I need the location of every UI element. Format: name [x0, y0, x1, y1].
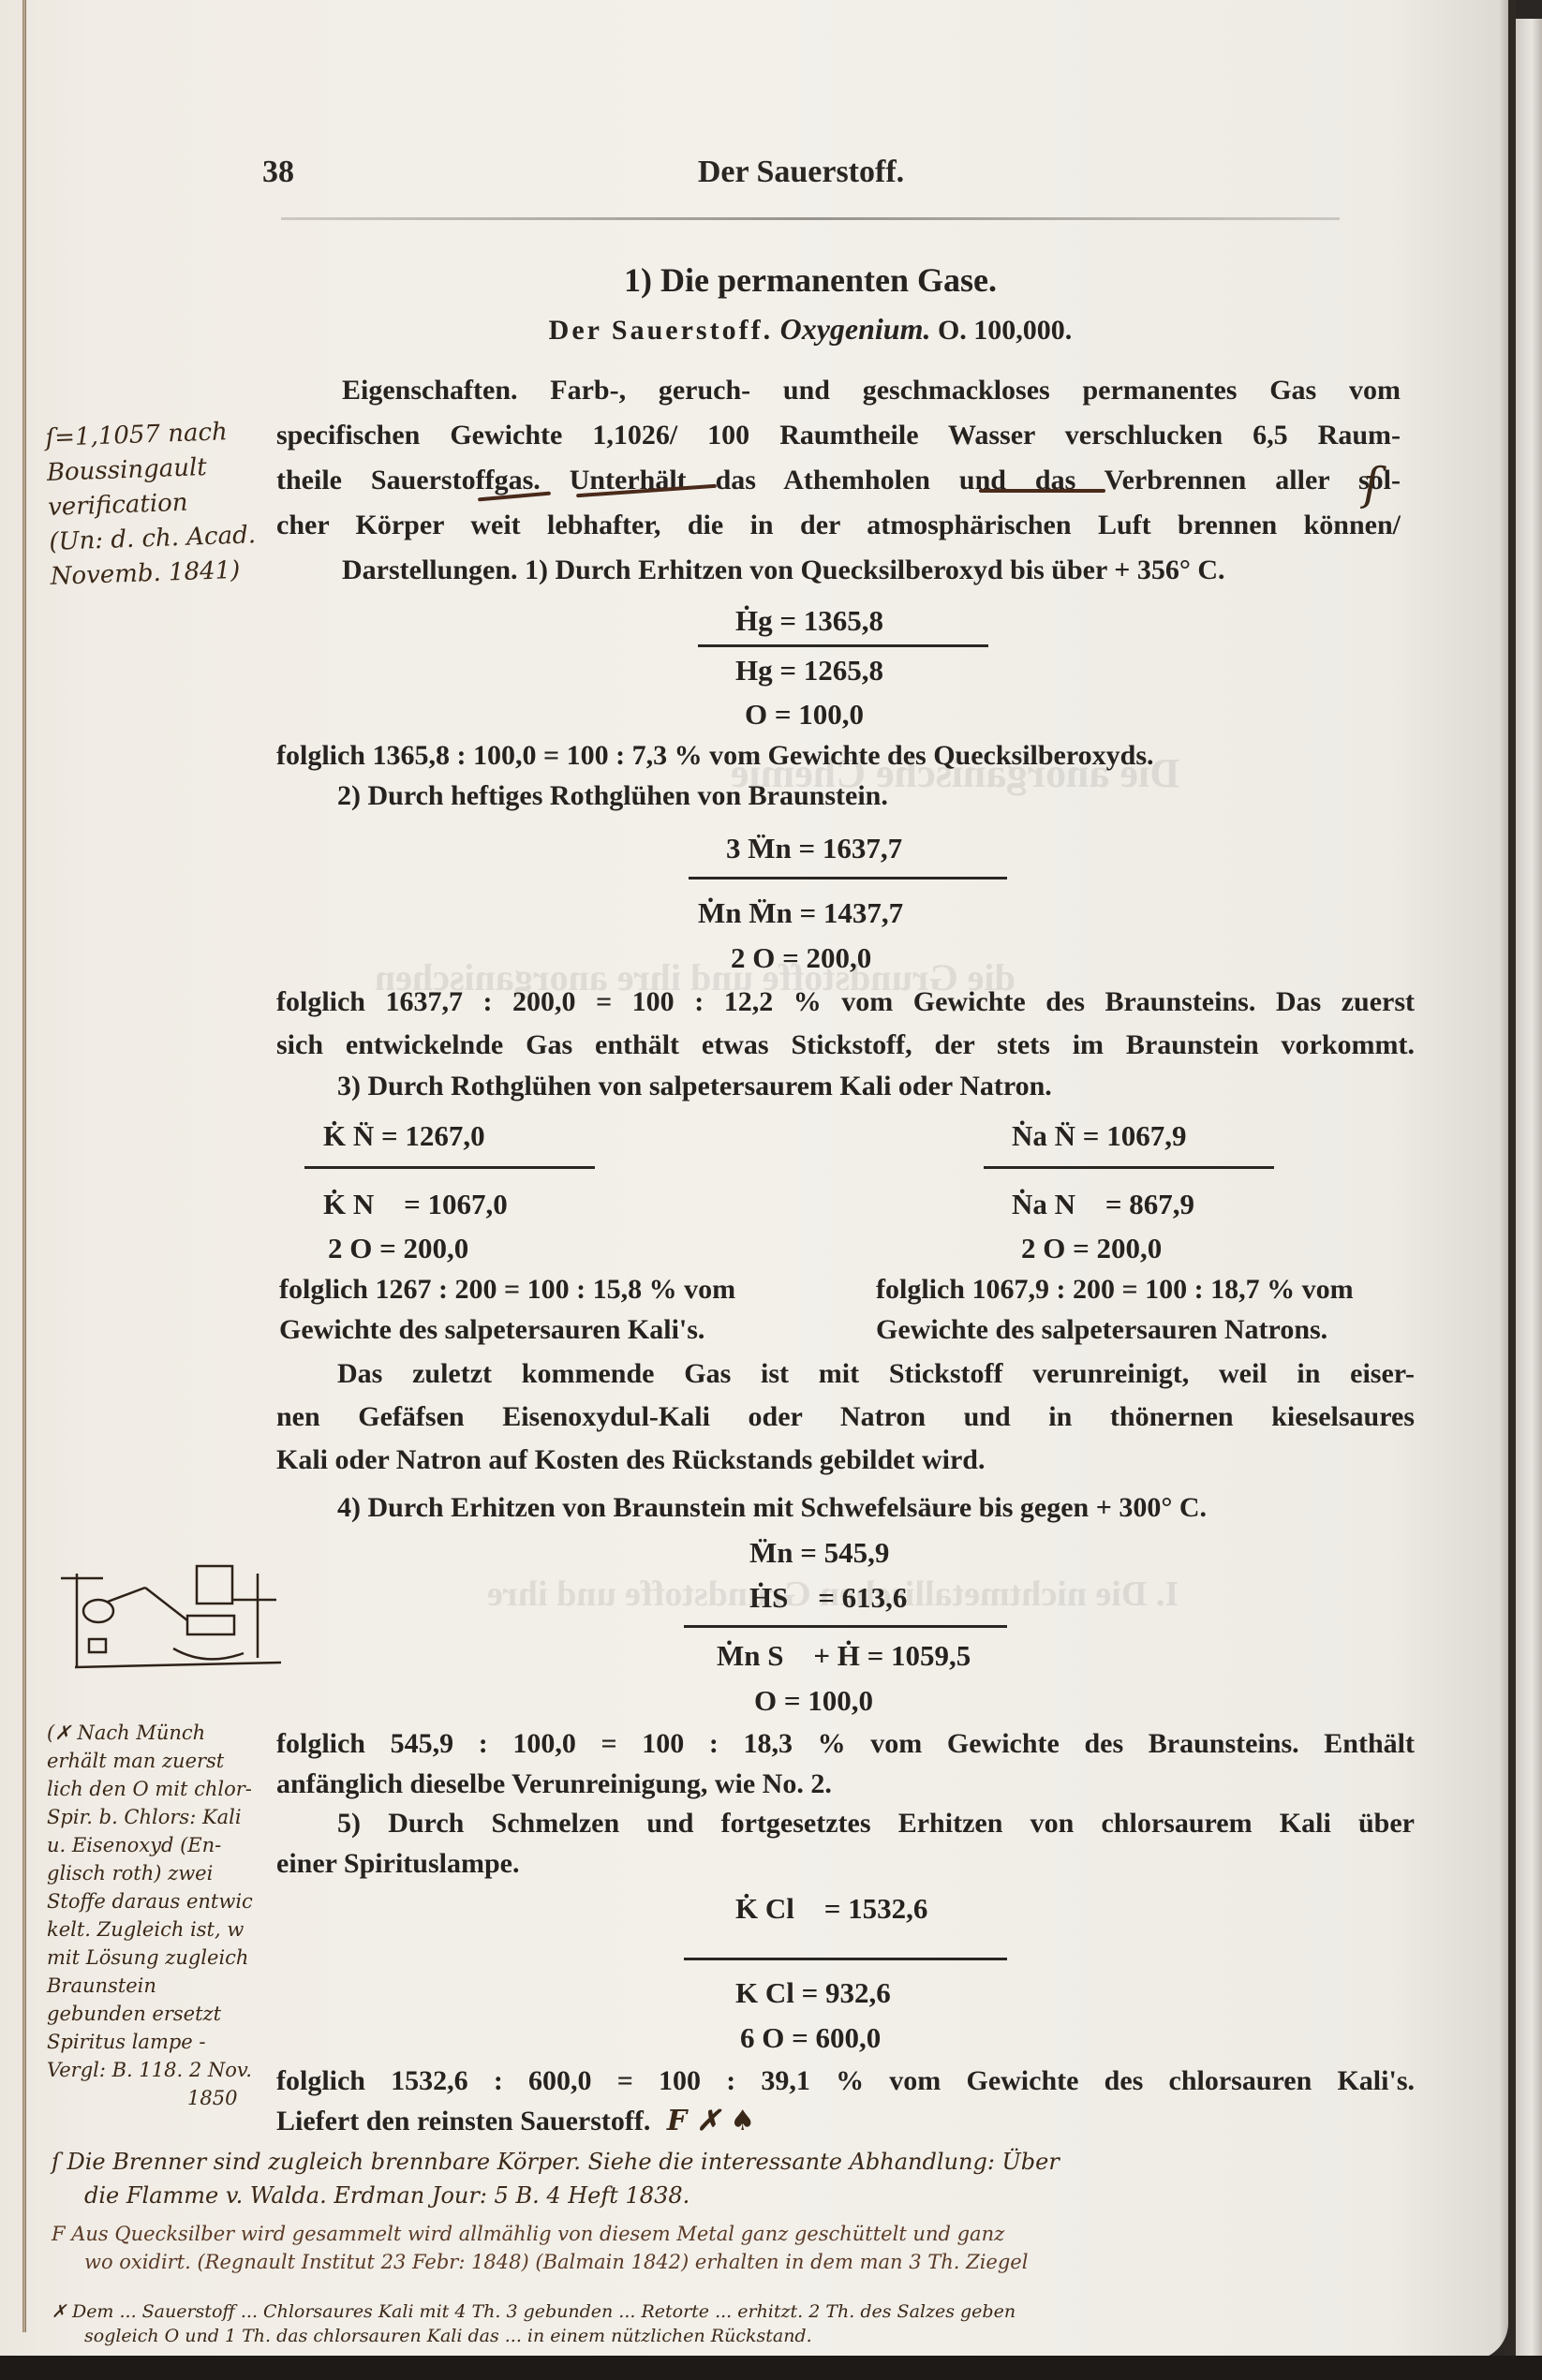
- handwritten-line: die Flamme v. Walda. Erdman Jour: 5 B. 4…: [52, 2179, 1060, 2212]
- text-line: folglich 1267 : 200 = 100 : 15,8 % vom: [279, 1269, 841, 1309]
- equation-line-right: Ṅa N⃛ = 867,9: [1012, 1188, 1194, 1221]
- handwritten-line: erhält man zuerst: [47, 1747, 253, 1775]
- method5-result: folglich 1532,6 : 600,0 = 100 : 39,1 % v…: [276, 2061, 1415, 2141]
- closing-text: Liefert den reinsten Sauerstoff.: [276, 2106, 650, 2136]
- text-line: cher Körper weit lebhafter, die in der a…: [276, 505, 1401, 545]
- handwritten-line: glisch roth) zwei: [47, 1859, 253, 1887]
- handwritten-line: ✗ Dem ... Sauerstoff ... Chlorsaures Kal…: [52, 2299, 1016, 2324]
- handwritten-line: sogleich O und 1 Th. das chlorsauren Kal…: [52, 2324, 1016, 2348]
- equation-line: Hg = 1265,8: [735, 654, 883, 687]
- method5-heading: 5) Durch Schmelzen und fortgesetztes Erh…: [276, 1803, 1415, 1884]
- margin-note-bottom: (✗ Nach Münch erhält man zuerst lich den…: [47, 1719, 253, 2112]
- text-line: einer Spirituslampe.: [276, 1843, 1415, 1884]
- closing-line: Liefert den reinsten Sauerstoff. F ✗ ♠: [276, 2101, 1415, 2141]
- footer-handwriting-3: ✗ Dem ... Sauerstoff ... Chlorsaures Kal…: [52, 2299, 1016, 2348]
- handwritten-line: kelt. Zugleich ist, w: [47, 1915, 253, 1944]
- preparation-intro: Darstellungen. 1) Durch Erhitzen von Que…: [276, 550, 1401, 590]
- handwritten-line: wo oxidirt. (Regnault Institut 23 Febr: …: [52, 2248, 1028, 2276]
- text-line: folglich 1637,7 : 200,0 = 100 : 12,2 % v…: [276, 982, 1415, 1022]
- apparatus-sketch-icon: [56, 1564, 281, 1677]
- method3-heading: 3) Durch Rothglühen von salpetersaurem K…: [276, 1066, 1415, 1106]
- text-line: Das zuletzt kommende Gas ist mit Stickst…: [276, 1353, 1415, 1394]
- text-line: anfänglich dieselbe Verunreinigung, wie …: [276, 1764, 1415, 1804]
- section-title: 1) Die permanenten Gase.: [281, 260, 1340, 301]
- method3-heading-wrap: 3) Durch Rothglühen von salpetersaurem K…: [276, 1066, 1415, 1106]
- method3-result-left: folglich 1267 : 200 = 100 : 15,8 % vom G…: [279, 1269, 841, 1350]
- equation-numerator: 3 M̈n = 1637,7: [726, 832, 902, 865]
- next-page-edge: [1516, 19, 1542, 2360]
- equation-numerator-right: Ṅa N̈ = 1067,9: [1012, 1119, 1186, 1153]
- book-bottom-edge: [0, 2356, 1542, 2380]
- element-line: Der Sauerstoff. Oxygenium. O. 100,000.: [281, 309, 1340, 350]
- method3-note: Das zuletzt kommende Gas ist mit Stickst…: [276, 1353, 1415, 1480]
- method4-heading: 4) Durch Erhitzen von Braunstein mit Sch…: [276, 1487, 1415, 1528]
- page-shadow: [1499, 0, 1516, 2360]
- fraction-bar: [684, 1958, 1007, 1960]
- fraction-bar: [984, 1166, 1274, 1169]
- handwritten-line: (✗ Nach Münch: [47, 1719, 253, 1747]
- fraction-bar: [684, 1625, 1007, 1628]
- handwritten-line: lich den O mit chlor-: [47, 1775, 253, 1803]
- text-line: 5) Durch Schmelzen und fortgesetztes Erh…: [276, 1803, 1415, 1843]
- equation-numerator: Ḣg = 1365,8: [735, 604, 883, 638]
- correction-mark: ſ: [1363, 468, 1380, 500]
- equation-line: Ṁn S⃛ + Ḣ = 1059,5: [717, 1639, 971, 1673]
- footer-handwriting-2: F Aus Quecksilber wird gesammelt wird al…: [52, 2220, 1028, 2276]
- method4-result: folglich 545,9 : 100,0 = 100 : 18,3 % vo…: [276, 1723, 1415, 1804]
- handwritten-line: Spir. b. Chlors: Kali: [47, 1803, 253, 1831]
- footer-handwriting: ſ Die Brenner sind zugleich brennbare Kö…: [52, 2145, 1060, 2212]
- text-line: specifischen Gewichte 1,1026/ 100 Raumth…: [276, 415, 1401, 455]
- method1-result: folglich 1365,8 : 100,0 = 100 : 7,3 % vo…: [276, 735, 1415, 816]
- handwritten-line: Braunstein: [47, 1972, 253, 2000]
- running-title: Der Sauerstoff.: [262, 155, 1340, 190]
- equation-numerator: K̇ Cl⃛ = 1532,6: [735, 1892, 927, 1926]
- text-line: Eigenschaften. Farb-, geruch- und geschm…: [276, 370, 1401, 410]
- method2-heading: 2) Durch heftiges Rothglühen von Braunst…: [276, 776, 1415, 816]
- equation-line: 2 O = 200,0: [731, 941, 871, 975]
- page-edge: [22, 0, 26, 2332]
- fraction-bar: [304, 1166, 595, 1169]
- handwritten-line: F Aus Quecksilber wird gesammelt wird al…: [52, 2220, 1028, 2248]
- handwritten-line: Stoffe daraus entwic: [47, 1887, 253, 1915]
- element-latin: Oxygenium.: [780, 312, 931, 346]
- equation-line: K Cl = 932,6: [735, 1976, 891, 2010]
- text-line: folglich 545,9 : 100,0 = 100 : 18,3 % vo…: [276, 1723, 1415, 1764]
- equation-line: O = 100,0: [754, 1684, 873, 1718]
- equation-line-left: 2 O = 200,0: [328, 1232, 468, 1265]
- element-name: Der Sauerstoff.: [549, 315, 773, 346]
- text-line: folglich 1532,6 : 600,0 = 100 : 39,1 % v…: [276, 2061, 1415, 2101]
- handwritten-line: mit Lösung zugleich: [47, 1944, 253, 1972]
- properties-paragraph: Eigenschaften. Farb-, geruch- und geschm…: [276, 370, 1401, 590]
- handwritten-line: ſ=1,1057 nach: [45, 414, 253, 456]
- section-heading: 1) Die permanenten Gase.: [281, 260, 1340, 301]
- equation-line-right: 2 O = 200,0: [1021, 1232, 1162, 1265]
- text-line: sich entwickelnde Gas enthält etwas Stic…: [276, 1025, 1415, 1065]
- handwritten-line: gebunden ersetzt: [47, 2000, 253, 2028]
- fraction-bar: [689, 877, 1007, 880]
- equation-numerator: M̈n = 545,9: [749, 1536, 889, 1570]
- equation-numerator-left: K̇ N̈ = 1267,0: [323, 1119, 485, 1153]
- text-line: folglich 1365,8 : 100,0 = 100 : 7,3 % vo…: [276, 735, 1415, 776]
- equation-line: Ṁn M̈n = 1437,7: [698, 896, 903, 930]
- fraction-bar: [698, 644, 988, 647]
- text-line: theile Sauerstoffgas. Unterhält das Athe…: [276, 460, 1401, 500]
- method4-heading-wrap: 4) Durch Erhitzen von Braunstein mit Sch…: [276, 1487, 1415, 1528]
- element-weight: O. 100,000.: [938, 315, 1072, 346]
- equation-numerator: ḢS⃛ = 613,6: [749, 1581, 907, 1615]
- text-line: Gewichte des salpetersauren Kali's.: [279, 1309, 841, 1350]
- equation-line: 6 O = 600,0: [740, 2021, 881, 2055]
- header-rule: [281, 217, 1340, 220]
- page-header: 38 Der Sauerstoff.: [262, 155, 1340, 201]
- handwritten-line: Spiritus lampe -: [47, 2028, 253, 2056]
- equation-line: O = 100,0: [745, 698, 864, 732]
- equation-line-left: K̇ N⃛ = 1067,0: [323, 1188, 508, 1221]
- handwritten-line: u. Eisenoxyd (En-: [47, 1831, 253, 1859]
- method2-result: folglich 1637,7 : 200,0 = 100 : 12,2 % v…: [276, 982, 1415, 1065]
- handwritten-line: ſ Die Brenner sind zugleich brennbare Kö…: [52, 2145, 1060, 2179]
- handwritten-line: Novemb. 1841): [50, 553, 258, 595]
- text-line: folglich 1067,9 : 200 = 100 : 18,7 % vom: [876, 1269, 1438, 1309]
- margin-note-top: ſ=1,1057 nach Boussingault verification …: [45, 414, 258, 595]
- handwritten-line: Vergl: B. 118. 2 Nov.: [47, 2056, 253, 2084]
- handwritten-line: 1850: [47, 2084, 253, 2112]
- handwritten-marks: F ✗ ♠: [667, 2105, 755, 2137]
- text-line: nen Gefäfsen Eisenoxydul-Kali oder Natro…: [276, 1397, 1415, 1437]
- ink-underline: [979, 489, 1105, 493]
- method3-result-right: folglich 1067,9 : 200 = 100 : 18,7 % vom…: [876, 1269, 1438, 1350]
- text-line: Gewichte des salpetersauren Natrons.: [876, 1309, 1438, 1350]
- text-line: Kali oder Natron auf Kosten des Rückstan…: [276, 1440, 1415, 1480]
